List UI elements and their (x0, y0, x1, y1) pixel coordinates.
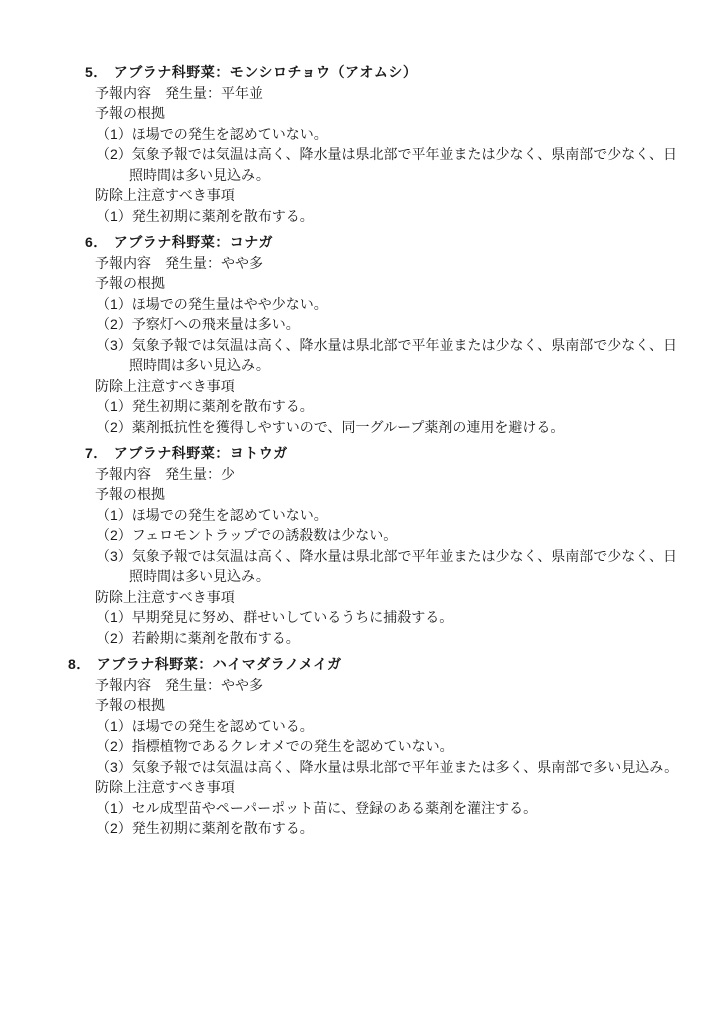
control-item: （2）薬剤抵抗性を獲得しやすいので、同一グループ薬剤の連用を避ける。 (96, 417, 681, 438)
basis-item: （2）指標植物であるクレオメでの発生を認めていない。 (96, 736, 681, 757)
basis-heading: 予報の根拠 (95, 273, 724, 294)
forecast-value: 発生量：やや多 (165, 255, 263, 271)
forecast-line: 予報内容発生量：やや多 (95, 253, 724, 274)
forecast-label: 予報内容 (95, 677, 151, 693)
basis-item: （3）気象予報では気温は高く、降水量は県北部で平年並または少なく、県南部で少なく… (96, 546, 681, 587)
control-item: （2）発生初期に薬剤を散布する。 (96, 818, 681, 839)
pest-section-7: 7．アブラナ科野菜：ヨトウガ 予報内容発生量：少 予報の根拠 （1）ほ場での発生… (0, 443, 724, 648)
section-number: 6． (85, 234, 108, 250)
document-content: 5．アブラナ科野菜：モンシロチョウ（アオムシ） 予報内容発生量：平年並 予報の根… (0, 0, 724, 839)
basis-heading: 予報の根拠 (95, 103, 724, 124)
section-title: アブラナ科野菜：ヨトウガ (114, 445, 288, 461)
control-item: （1）早期発見に努め、群せいしているうちに捕殺する。 (96, 607, 681, 628)
basis-item: （2）予察灯への飛来量は多い。 (96, 314, 681, 335)
basis-item: （2）フェロモントラップでの誘殺数は少ない。 (96, 525, 681, 546)
control-heading: 防除上注意すべき事項 (95, 587, 724, 608)
basis-item: （1）ほ場での発生を認めている。 (96, 716, 681, 737)
forecast-value: 発生量：やや多 (165, 677, 263, 693)
section-title: アブラナ科野菜：モンシロチョウ（アオムシ） (114, 64, 418, 80)
control-heading: 防除上注意すべき事項 (95, 777, 724, 798)
section-header: 8．アブラナ科野菜：ハイマダラノメイガ (68, 654, 724, 675)
basis-item: （3）気象予報では気温は高く、降水量は県北部で平年並または少なく、県南部で少なく… (96, 335, 681, 376)
section-number: 5． (85, 64, 108, 80)
forecast-line: 予報内容発生量：少 (95, 464, 724, 485)
section-header: 7．アブラナ科野菜：ヨトウガ (85, 443, 724, 464)
pest-section-6: 6．アブラナ科野菜：コナガ 予報内容発生量：やや多 予報の根拠 （1）ほ場での発… (0, 232, 724, 437)
basis-heading: 予報の根拠 (95, 484, 724, 505)
control-heading: 防除上注意すべき事項 (95, 185, 724, 206)
forecast-value: 発生量：平年並 (165, 85, 263, 101)
basis-heading: 予報の根拠 (95, 695, 724, 716)
section-number: 8． (68, 656, 91, 672)
section-header: 5．アブラナ科野菜：モンシロチョウ（アオムシ） (85, 62, 724, 83)
forecast-label: 予報内容 (95, 85, 151, 101)
pest-section-5: 5．アブラナ科野菜：モンシロチョウ（アオムシ） 予報内容発生量：平年並 予報の根… (0, 62, 724, 226)
control-item: （1）発生初期に薬剤を散布する。 (96, 396, 681, 417)
forecast-label: 予報内容 (95, 255, 151, 271)
control-item: （2）若齢期に薬剤を散布する。 (96, 628, 681, 649)
basis-item: （2）気象予報では気温は高く、降水量は県北部で平年並または少なく、県南部で少なく… (96, 144, 681, 185)
section-number: 7． (85, 445, 108, 461)
forecast-line: 予報内容発生量：やや多 (95, 675, 724, 696)
forecast-value: 発生量：少 (165, 466, 235, 482)
section-header: 6．アブラナ科野菜：コナガ (85, 232, 724, 253)
control-item: （1）セル成型苗やペーパーポット苗に、登録のある薬剤を灌注する。 (96, 798, 681, 819)
forecast-label: 予報内容 (95, 466, 151, 482)
control-heading: 防除上注意すべき事項 (95, 376, 724, 397)
forecast-line: 予報内容発生量：平年並 (95, 83, 724, 104)
control-item: （1）発生初期に薬剤を散布する。 (96, 206, 681, 227)
basis-item: （3）気象予報では気温は高く、降水量は県北部で平年並または多く、県南部で多い見込… (96, 757, 681, 778)
basis-item: （1）ほ場での発生を認めていない。 (96, 124, 681, 145)
section-title: アブラナ科野菜：ハイマダラノメイガ (97, 656, 342, 672)
section-title: アブラナ科野菜：コナガ (114, 234, 273, 250)
basis-item: （1）ほ場での発生量はやや少ない。 (96, 294, 681, 315)
document-page: 5．アブラナ科野菜：モンシロチョウ（アオムシ） 予報内容発生量：平年並 予報の根… (0, 0, 724, 1024)
pest-section-8: 8．アブラナ科野菜：ハイマダラノメイガ 予報内容発生量：やや多 予報の根拠 （1… (0, 654, 724, 839)
basis-item: （1）ほ場での発生を認めていない。 (96, 505, 681, 526)
